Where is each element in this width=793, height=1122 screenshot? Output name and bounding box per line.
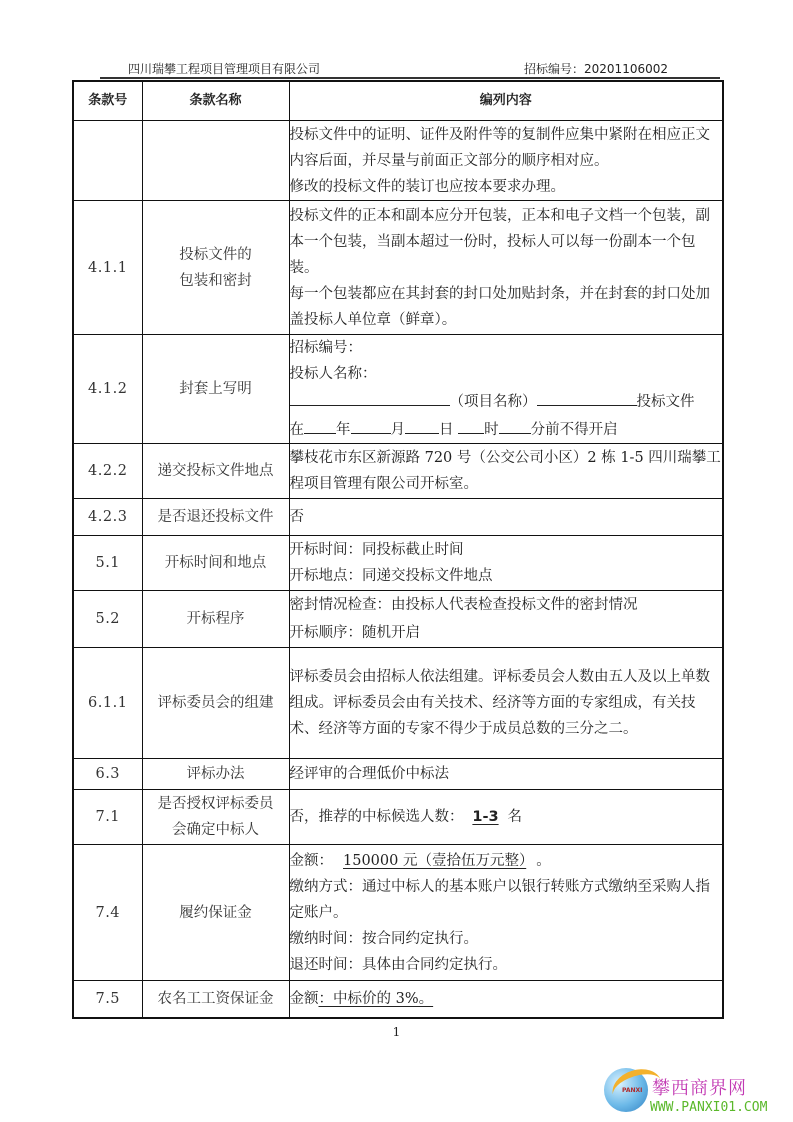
clause-name: 封套上写明: [142, 335, 289, 444]
project-name-line: （项目名称）投标文件: [290, 387, 723, 415]
date-prefix: 在: [290, 422, 305, 438]
year-blank: [304, 415, 336, 434]
clause-name-line: 会确定中标人: [143, 817, 289, 843]
clause-content: 评标委员会由招标人依法组建。评标委员会人数由五人及以上单数组成。评标委员会由有关…: [289, 648, 723, 759]
clause-number: 6.3: [73, 759, 142, 790]
watermark-logo: PANXI 攀西商界网 WWW.PANXI01.COM: [598, 1060, 793, 1120]
minute-suffix: 分前不得开启: [531, 422, 618, 438]
clause-content: 密封情况检查：由投标人代表检查投标文件的密封情况 开标顺序：随机开启: [289, 591, 723, 648]
clause-number: 4.1.1: [73, 201, 142, 335]
content-paragraph: 修改的投标文件的装订也应按本要求办理。: [290, 174, 723, 200]
clause-content: 否: [289, 499, 723, 536]
clause-content: 否，推荐的中标候选人数：1-3名: [289, 790, 723, 845]
column-header-content: 编列内容: [289, 81, 723, 121]
clause-name: 履约保证金: [142, 845, 289, 981]
clause-number: [73, 121, 142, 201]
hour-label: 时: [484, 422, 499, 438]
table-row: 4.2.2 递交投标文件地点 攀枝花市东区新源路 720 号（公交公司小区）2 …: [73, 444, 723, 499]
content-line: 密封情况检查：由投标人代表检查投标文件的密封情况: [290, 591, 723, 619]
bid-doc-label: 投标文件: [637, 394, 695, 410]
company-name: 四川瑞攀工程项目管理项目有限公司: [128, 60, 320, 77]
amount-end: 。: [536, 853, 551, 869]
content-paragraph: 否: [290, 504, 723, 530]
candidate-count: 1-3: [464, 804, 508, 830]
clause-content: 投标文件的正本和副本应分开包装，正本和电子文档一个包装，副本一个包装，当副本超过…: [289, 201, 723, 335]
year-label: 年: [336, 422, 351, 438]
content-paragraph: 缴纳方式：通过中标人的基本账户以银行转账方式缴纳至采购人指定账户。: [290, 874, 723, 926]
bid-number: 招标编号：20201106002: [524, 60, 668, 77]
clause-number: 5.2: [73, 591, 142, 648]
clause-number: 4.2.2: [73, 444, 142, 499]
watermark-badge: PANXI: [622, 1087, 642, 1094]
clause-number: 6.1.1: [73, 648, 142, 759]
table-row: 6.1.1 评标委员会的组建 评标委员会由招标人依法组建。评标委员会人数由五人及…: [73, 648, 723, 759]
clause-name: 开标时间和地点: [142, 536, 289, 591]
bidder-name-label: 投标人名称：: [290, 361, 723, 387]
clause-name-line: 包装和密封: [143, 268, 289, 294]
content-line: 开标时间：同投标截止时间: [290, 537, 723, 563]
day-label: 日: [439, 422, 454, 438]
month-label: 月: [391, 422, 406, 438]
clause-name-line: 投标文件的: [143, 242, 289, 268]
clause-name: 评标办法: [142, 759, 289, 790]
table-row: 5.2 开标程序 密封情况检查：由投标人代表检查投标文件的密封情况 开标顺序：随…: [73, 591, 723, 648]
project-blank: [290, 387, 450, 406]
content-line: 开标地点：同递交投标文件地点: [290, 563, 723, 589]
watermark-title: 攀西商界网: [652, 1074, 747, 1100]
clause-content: 招标编号： 投标人名称： （项目名称）投标文件 在年月日 时分前不得开启: [289, 335, 723, 444]
table-row: 4.1.1 投标文件的 包装和密封 投标文件的正本和副本应分开包装，正本和电子文…: [73, 201, 723, 335]
wage-bond-value: ：中标价的 3%。: [319, 991, 434, 1007]
clause-name: 评标委员会的组建: [142, 648, 289, 759]
content-paragraph: 退还时间：具体由合同约定执行。: [290, 952, 723, 978]
clause-number: 4.1.2: [73, 335, 142, 444]
day-blank: [405, 415, 439, 434]
minute-blank: [499, 415, 531, 434]
candidate-count-prefix: 否，推荐的中标候选人数：: [290, 809, 464, 825]
amount-label: 金额：: [290, 853, 334, 869]
content-paragraph: 评标委员会由招标人依法组建。评标委员会人数由五人及以上单数组成。评标委员会由有关…: [290, 664, 723, 742]
clause-number: 5.1: [73, 536, 142, 591]
clause-name: [142, 121, 289, 201]
content-paragraph: 攀枝花市东区新源路 720 号（公交公司小区）2 栋 1-5 四川瑞攀工程项目管…: [290, 445, 723, 497]
table-row: 6.3 评标办法 经评审的合理低价中标法: [73, 759, 723, 790]
clause-content: 投标文件中的证明、证件及附件等的复制件应集中紧附在相应正文内容后面，并尽量与前面…: [289, 121, 723, 201]
clause-content: 攀枝花市东区新源路 720 号（公交公司小区）2 栋 1-5 四川瑞攀工程项目管…: [289, 444, 723, 499]
clause-content: 金额：150000 元（壹拾伍万元整）。 缴纳方式：通过中标人的基本账户以银行转…: [289, 845, 723, 981]
clause-number: 4.2.3: [73, 499, 142, 536]
clause-content: 开标时间：同投标截止时间 开标地点：同递交投标文件地点: [289, 536, 723, 591]
clause-name: 是否退还投标文件: [142, 499, 289, 536]
clause-name: 递交投标文件地点: [142, 444, 289, 499]
clause-number: 7.4: [73, 845, 142, 981]
clause-table: 条款号 条款名称 编列内容 投标文件中的证明、证件及附件等的复制件应集中紧附在相…: [72, 80, 724, 1019]
wage-bond-label: 金额: [290, 991, 319, 1007]
watermark-url: WWW.PANXI01.COM: [650, 1100, 767, 1115]
page-header: 四川瑞攀工程项目管理项目有限公司 招标编号：20201106002: [100, 57, 720, 79]
open-date-line: 在年月日 时分前不得开启: [290, 415, 723, 443]
content-paragraph: 每一个包装都应在其封套的封口处加贴封条，并在封套的封口处加盖投标人单位章（鲜章）…: [290, 281, 723, 333]
clause-name-line: 是否授权评标委员: [143, 791, 289, 817]
hour-blank: [458, 415, 484, 434]
column-header-name: 条款名称: [142, 81, 289, 121]
table-row: 7.5 农名工工资保证金 金额：中标价的 3%。: [73, 981, 723, 1018]
content-paragraph: 经评审的合理低价中标法: [290, 761, 723, 787]
project-name-label: （项目名称）: [450, 394, 537, 410]
table-row: 投标文件中的证明、证件及附件等的复制件应集中紧附在相应正文内容后面，并尽量与前面…: [73, 121, 723, 201]
performance-bond-amount: 金额：150000 元（壹拾伍万元整）。: [290, 848, 723, 874]
table-row: 4.2.3 是否退还投标文件 否: [73, 499, 723, 536]
bid-number-label: 招标编号：: [290, 335, 723, 361]
content-line: 开标顺序：随机开启: [290, 619, 723, 647]
month-blank: [351, 415, 391, 434]
clause-number: 7.1: [73, 790, 142, 845]
page-number: 1: [0, 1025, 793, 1039]
clause-name: 投标文件的 包装和密封: [142, 201, 289, 335]
project-blank-2: [537, 387, 637, 406]
clause-number: 7.5: [73, 981, 142, 1018]
candidate-count-suffix: 名: [508, 809, 523, 825]
table-row: 4.1.2 封套上写明 招标编号： 投标人名称： （项目名称）投标文件 在年月日…: [73, 335, 723, 444]
column-header-number: 条款号: [73, 81, 142, 121]
amount-value: 150000 元（壹拾伍万元整）: [333, 853, 536, 869]
content-paragraph: 缴纳时间：按合同约定执行。: [290, 926, 723, 952]
clause-content: 金额：中标价的 3%。: [289, 981, 723, 1018]
table-row: 7.4 履约保证金 金额：150000 元（壹拾伍万元整）。 缴纳方式：通过中标…: [73, 845, 723, 981]
table-header-row: 条款号 条款名称 编列内容: [73, 81, 723, 121]
table-row: 5.1 开标时间和地点 开标时间：同投标截止时间 开标地点：同递交投标文件地点: [73, 536, 723, 591]
content-paragraph: 投标文件中的证明、证件及附件等的复制件应集中紧附在相应正文内容后面，并尽量与前面…: [290, 122, 723, 174]
clause-content: 经评审的合理低价中标法: [289, 759, 723, 790]
clause-name: 是否授权评标委员 会确定中标人: [142, 790, 289, 845]
clause-name: 农名工工资保证金: [142, 981, 289, 1018]
content-paragraph: 投标文件的正本和副本应分开包装，正本和电子文档一个包装，副本一个包装，当副本超过…: [290, 203, 723, 281]
clause-name: 开标程序: [142, 591, 289, 648]
table-row: 7.1 是否授权评标委员 会确定中标人 否，推荐的中标候选人数：1-3名: [73, 790, 723, 845]
